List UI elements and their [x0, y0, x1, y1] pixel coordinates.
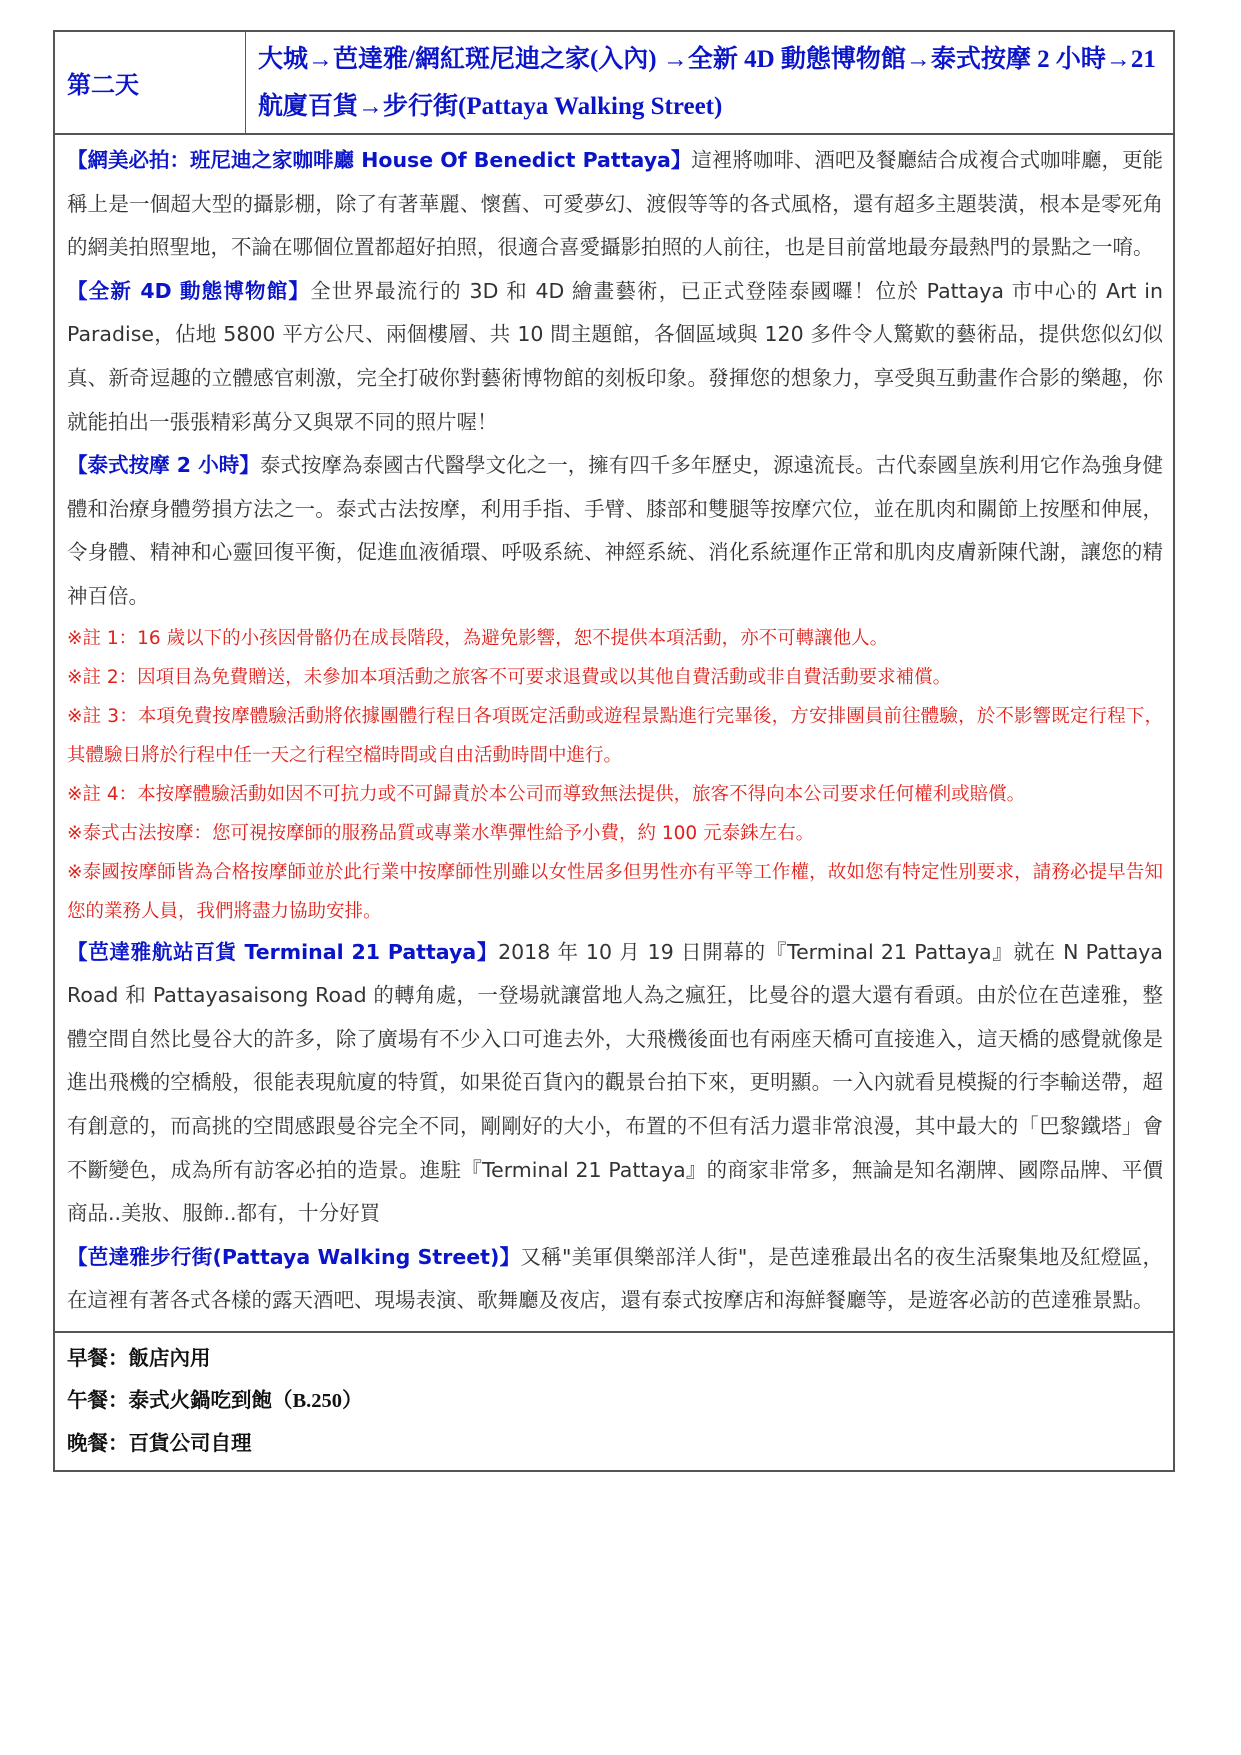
section-4d-museum: 【全新 4D 動態博物館】全世界最流行的 3D 和 4D 繪畫藝術，已正式登陸泰…	[67, 270, 1163, 444]
meal-label: 晚餐：	[67, 1431, 129, 1455]
section-title: 【泰式按摩 2 小時】	[67, 453, 260, 477]
meal-value: 飯店內用	[129, 1346, 211, 1370]
meal-value: 泰式火鍋吃到飽（	[129, 1388, 293, 1412]
section-house-of-benedict: 【網美必拍：班尼迪之家咖啡廳 House Of Benedict Pattaya…	[67, 139, 1163, 270]
meal-breakfast: 早餐：飯店內用	[67, 1337, 1161, 1379]
section-text: 2018 年 10 月 19 日開幕的『Terminal 21 Pattaya』…	[67, 940, 1163, 1226]
day-header-row: 第二天 大城→芭達雅/網紅斑尼迪之家(入內) →全新 4D 動態博物館→泰式按摩…	[55, 32, 1173, 135]
meals-section: 早餐：飯店內用 午餐：泰式火鍋吃到飽（B.250） 晚餐：百貨公司自理	[55, 1333, 1173, 1470]
section-thai-massage: 【泰式按摩 2 小時】泰式按摩為泰國古代醫學文化之一，擁有四千多年歷史，源遠流長…	[67, 444, 1163, 618]
note-gender: ※泰國按摩師皆為合格按摩師並於此行業中按摩師性別雖以女性居多但男性亦有平等工作權…	[67, 853, 1163, 931]
meal-label: 午餐：	[67, 1388, 129, 1412]
day-route: 大城→芭達雅/網紅斑尼迪之家(入內) →全新 4D 動態博物館→泰式按摩 2 小…	[246, 32, 1173, 133]
section-walking-street: 【芭達雅步行街(Pattaya Walking Street)】又稱"美軍俱樂部…	[67, 1236, 1163, 1323]
note-1: ※註 1：16 歲以下的小孩因骨骼仍在成長階段，為避免影響，恕不提供本項活動，亦…	[67, 619, 1163, 658]
section-title: 【芭達雅步行街(Pattaya Walking Street)】	[67, 1245, 520, 1269]
section-title: 【芭達雅航站百貨 Terminal 21 Pattaya】	[67, 940, 498, 964]
note-3: ※註 3：本項免費按摩體驗活動將依據團體行程日各項既定活動或遊程景點進行完畢後，…	[67, 697, 1163, 775]
day-label: 第二天	[55, 32, 246, 133]
meal-label: 早餐：	[67, 1346, 129, 1370]
section-terminal-21: 【芭達雅航站百貨 Terminal 21 Pattaya】2018 年 10 月…	[67, 931, 1163, 1236]
meal-paren: ）	[342, 1388, 363, 1412]
section-title: 【全新 4D 動態博物館】	[67, 279, 310, 303]
meal-dinner: 晚餐：百貨公司自理	[67, 1422, 1161, 1464]
note-4: ※註 4：本按摩體驗活動如因不可抗力或不可歸責於本公司而導致無法提供，旅客不得向…	[67, 775, 1163, 814]
note-2: ※註 2：因項目為免費贈送，未參加本項活動之旅客不可要求退費或以其他自費活動或非…	[67, 658, 1163, 697]
meal-lunch: 午餐：泰式火鍋吃到飽（B.250）	[67, 1379, 1161, 1422]
itinerary-table: 第二天 大城→芭達雅/網紅斑尼迪之家(入內) →全新 4D 動態博物館→泰式按摩…	[53, 30, 1175, 1472]
note-tip: ※泰式古法按摩：您可視按摩師的服務品質或專業水準彈性給予小費，約 100 元泰銖…	[67, 814, 1163, 853]
day-description: 【網美必拍：班尼迪之家咖啡廳 House Of Benedict Pattaya…	[55, 135, 1173, 1333]
meal-price: B.250	[293, 1390, 343, 1412]
section-title: 【網美必拍：班尼迪之家咖啡廳 House Of Benedict Pattaya…	[67, 148, 691, 172]
meal-value: 百貨公司自理	[129, 1431, 252, 1455]
